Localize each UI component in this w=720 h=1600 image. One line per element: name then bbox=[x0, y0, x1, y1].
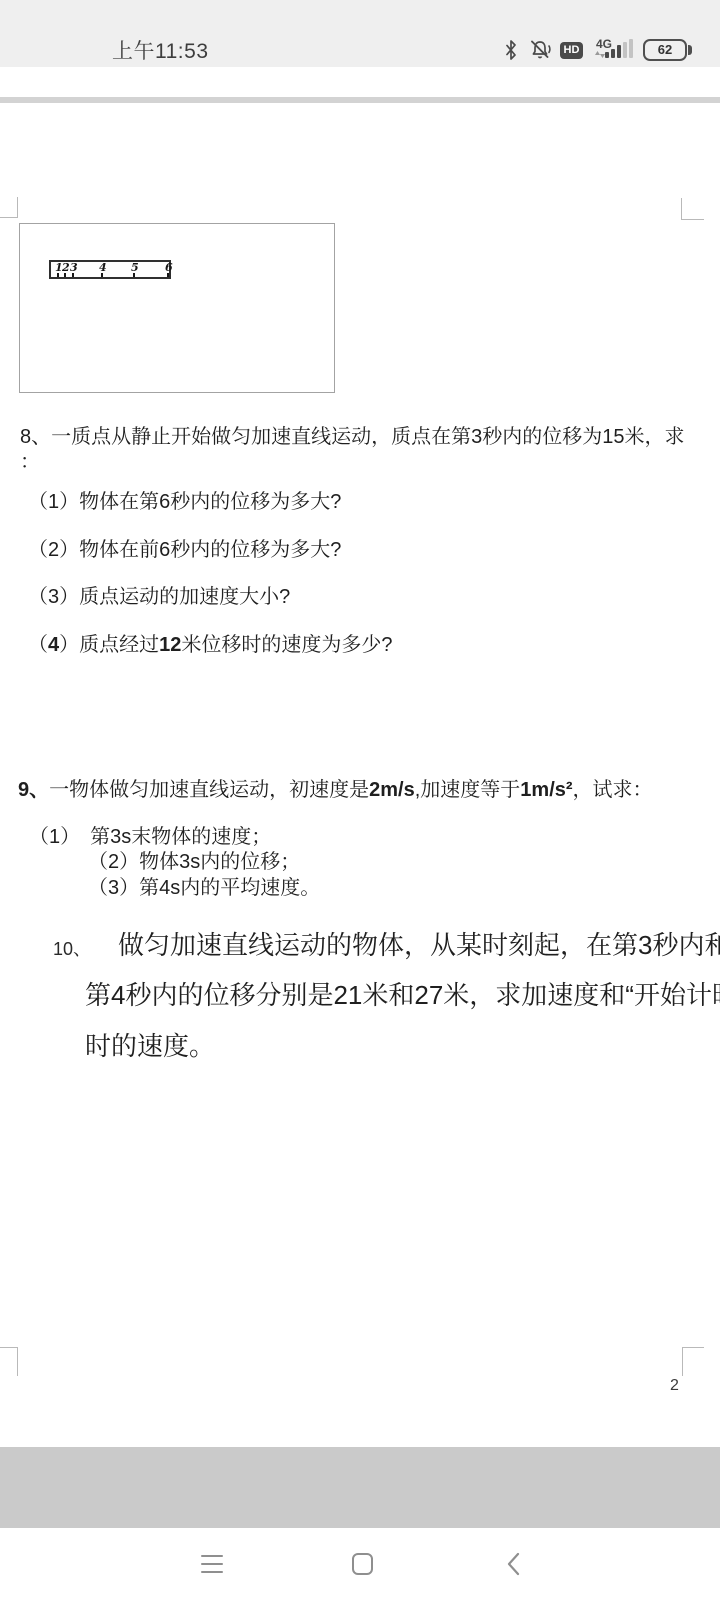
problem8-title-line2: ： bbox=[20, 451, 40, 474]
bell-slash-icon bbox=[528, 38, 552, 61]
back-button[interactable] bbox=[468, 1528, 558, 1600]
screen: { "status_bar": { "time": "上午11:53", "hd… bbox=[0, 0, 720, 1600]
problem10-number: 10、 bbox=[53, 939, 91, 960]
menu-icon bbox=[201, 1549, 223, 1579]
problem8-item-2: （2）物体在前6秒内的位移为多大? bbox=[28, 539, 341, 562]
problem9-item-2: （2）物体3s内的位移； bbox=[88, 851, 300, 874]
data-activity-icon bbox=[595, 51, 605, 58]
ruler-tick bbox=[64, 273, 66, 277]
page1-bottom-edge bbox=[0, 67, 720, 97]
figure-box: 123456 bbox=[19, 223, 335, 393]
navigation-bar bbox=[0, 1528, 720, 1600]
status-time: 上午11:53 bbox=[112, 35, 209, 65]
bluetooth-icon bbox=[505, 39, 517, 61]
background-band bbox=[0, 1447, 720, 1528]
document-page-2[interactable]: 123456 8、一质点从静止开始做匀加速直线运动，质点在第3秒内的位移为15米… bbox=[0, 103, 720, 1447]
problem8-item-1: （1）物体在第6秒内的位移为多大? bbox=[28, 491, 341, 514]
ruler-tick bbox=[101, 273, 103, 277]
battery-icon: 62 bbox=[643, 39, 687, 61]
problem8-item-3: （3）质点运动的加速度大小? bbox=[28, 586, 290, 609]
text-boundary-mark-bottom-right bbox=[682, 1347, 704, 1376]
problem9-item-1: （1） 第3s末物体的速度； bbox=[29, 826, 271, 849]
problem10-line3: 时的速度。 bbox=[85, 1032, 215, 1062]
ruler-tick bbox=[133, 273, 135, 277]
problem8-title-line1: 8、一质点从静止开始做匀加速直线运动，质点在第3秒内的位移为15米，求 bbox=[20, 426, 685, 449]
text-boundary-mark-top-left bbox=[0, 197, 18, 218]
text-boundary-mark-top-right bbox=[681, 198, 704, 220]
home-button[interactable] bbox=[317, 1528, 407, 1600]
ruler-tick bbox=[167, 273, 169, 277]
battery-nub bbox=[688, 45, 692, 55]
ruler-tick bbox=[72, 273, 74, 277]
text-boundary-mark-bottom-left bbox=[0, 1347, 18, 1376]
recents-button[interactable] bbox=[167, 1528, 257, 1600]
problem9-title: 9、一物体做匀加速直线运动，初速度是2m/s,加速度等于1m/s²，试求： bbox=[18, 779, 653, 802]
hd-badge: HD bbox=[560, 42, 583, 59]
home-icon bbox=[352, 1553, 373, 1575]
problem10-line2: 第4秒内的位移分别是21米和27米，求加速度和“开始计时” bbox=[85, 981, 720, 1011]
ruler-tick bbox=[57, 273, 59, 277]
signal-bars-icon: 4G bbox=[594, 37, 636, 59]
page-number: 2 bbox=[670, 1377, 679, 1395]
problem9-item-3: （3）第4s内的平均速度。 bbox=[88, 877, 320, 900]
back-icon bbox=[506, 1552, 520, 1576]
battery-level: 62 bbox=[645, 41, 685, 58]
status-bar: 上午11:53 HD 4G 62 bbox=[0, 0, 720, 67]
problem10-line1: 做匀加速直线运动的物体，从某时刻起，在第3秒内和 bbox=[118, 931, 720, 961]
ruler-figure: 123456 bbox=[49, 260, 171, 279]
problem8-item-4: （4）质点经过12米位移时的速度为多少? bbox=[28, 634, 393, 657]
network-type-label: 4G bbox=[596, 37, 612, 51]
